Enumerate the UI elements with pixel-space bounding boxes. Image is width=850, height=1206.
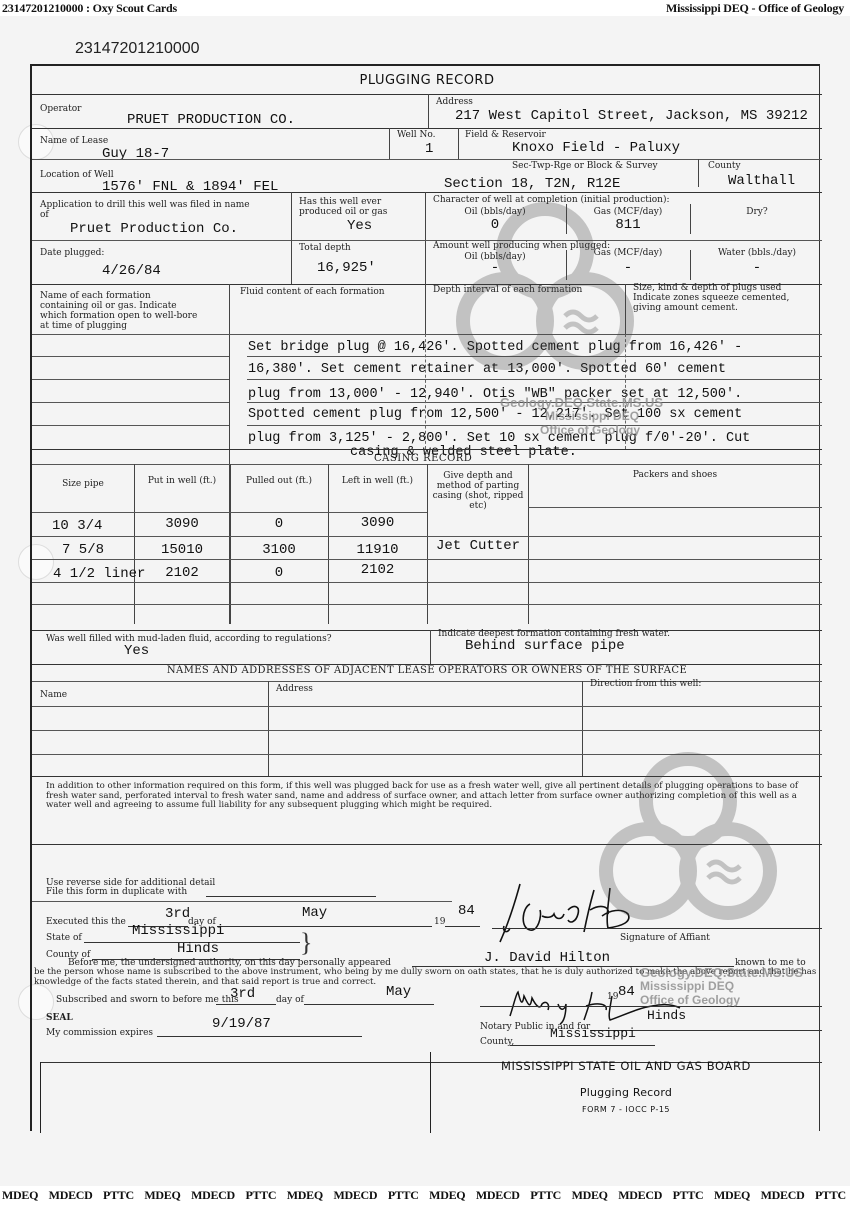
mud-laden-value: Yes xyxy=(124,643,149,659)
adjacent-direction-header: Direction from this well: xyxy=(590,679,701,689)
watermark-text: Mississippi DEQ xyxy=(640,979,734,993)
footer-item: MDECD xyxy=(333,1188,377,1203)
casing-header-parting: Give depth and method of parting casing … xyxy=(428,471,528,511)
casing-header-pulled: Pulled out (ft.) xyxy=(230,476,328,486)
commission-expires-value: 9/19/87 xyxy=(212,1016,271,1032)
operator-label: Operator xyxy=(40,104,81,114)
remark-line: plug from 13,000' - 12,940'. Otis "WB" p… xyxy=(248,387,742,402)
application-value: Pruet Production Co. xyxy=(70,221,238,237)
casing-cell: 3100 xyxy=(230,542,328,558)
footer-item: MDECD xyxy=(191,1188,235,1203)
subscribed-year-prefix: 19 xyxy=(607,992,618,1002)
initial-oil-value: 0 xyxy=(430,217,560,233)
casing-cell: 3090 xyxy=(328,515,427,531)
document-id-stamp: 23147201210000 xyxy=(75,40,200,58)
casing-cell: 15010 xyxy=(134,542,230,558)
address-label: Address xyxy=(436,97,473,107)
produced-label: Has this well ever produced oil or gas xyxy=(299,197,409,217)
subscribed-year: 84 xyxy=(618,984,635,1000)
page-footer: MDEQ MDECD PTTC MDEQ MDECD PTTC MDEQ MDE… xyxy=(0,1188,850,1203)
field-value: Knoxo Field - Paluxy xyxy=(512,140,680,156)
footer-item: PTTC xyxy=(388,1188,419,1203)
field-label: Field & Reservoir xyxy=(465,130,546,140)
water-well-instructions: In addition to other information require… xyxy=(46,782,816,811)
application-label: Application to drill this well was filed… xyxy=(40,200,250,220)
executed-month: May xyxy=(302,905,327,921)
plugs-used-header: Size, kind & depth of plugs used Indicat… xyxy=(633,283,818,313)
casing-cell: 2102 xyxy=(328,562,427,578)
casing-header-packers: Packers and shoes xyxy=(528,470,822,480)
plugged-gas-value: - xyxy=(568,260,688,276)
plugged-water-label: Water (bbls./day) xyxy=(692,248,822,258)
seal-label: SEAL xyxy=(46,1013,73,1023)
state-of-label: State of xyxy=(46,933,82,943)
subscribed-month: May xyxy=(386,984,411,1000)
subscribed-day: 3rd xyxy=(230,986,255,1002)
casing-header-size: Size pipe xyxy=(32,479,134,489)
form-title: PLUGGING RECORD xyxy=(32,73,822,88)
well-no-value: 1 xyxy=(425,141,433,157)
casing-cell: 11910 xyxy=(328,542,427,558)
footer-item: PTTC xyxy=(673,1188,704,1203)
executed-year-prefix: 19 xyxy=(434,917,445,927)
lease-name-label: Name of Lease xyxy=(40,136,108,146)
casing-cell: 10 3/4 xyxy=(52,518,102,534)
total-depth-label: Total depth xyxy=(299,243,351,253)
footer-item: MDEQ xyxy=(287,1188,323,1203)
footer-item: PTTC xyxy=(530,1188,561,1203)
initial-gas-label: Gas (MCF/day) xyxy=(568,207,688,217)
brace: } xyxy=(300,926,312,960)
commission-expires-label: My commission expires xyxy=(46,1028,153,1038)
initial-gas-value: 811 xyxy=(568,217,688,233)
casing-header-left: Left in well (ft.) xyxy=(328,476,427,486)
watermark-text: Office of Geology xyxy=(540,423,640,437)
fluid-content-header: Fluid content of each formation xyxy=(240,287,385,297)
date-plugged-label: Date plugged: xyxy=(40,248,104,258)
file-duplicate-note: File this form in duplicate with xyxy=(46,887,187,897)
casing-cell: 2102 xyxy=(134,565,230,581)
casing-cell: 7 5/8 xyxy=(62,542,104,558)
casing-record-title: CASING RECORD xyxy=(374,454,472,464)
watermark-text: Mississippi DEQ xyxy=(545,409,639,423)
dry-label: Dry? xyxy=(692,207,822,217)
affiant-name: J. David Hilton xyxy=(484,950,610,966)
casing-cell: Jet Cutter xyxy=(428,538,528,554)
board-form-number: FORM 7 - IOCC P-15 xyxy=(430,1105,822,1114)
date-plugged-value: 4/26/84 xyxy=(102,263,161,279)
character-label: Character of well at completion (initial… xyxy=(433,195,670,205)
casing-cell: 4 1/2 liner xyxy=(53,566,145,582)
footer-item: MDEQ xyxy=(714,1188,750,1203)
footer-item: MDECD xyxy=(618,1188,662,1203)
footer-item: MDECD xyxy=(761,1188,805,1203)
subscribed-label: Subscribed and sworn to before me this xyxy=(56,995,239,1005)
address-value: 217 West Capitol Street, Jackson, MS 392… xyxy=(455,108,808,124)
operator-value: PRUET PRODUCTION CO. xyxy=(127,112,295,128)
produced-value: Yes xyxy=(347,218,372,234)
adjacent-address-header: Address xyxy=(276,684,313,694)
footer-item: PTTC xyxy=(815,1188,846,1203)
page-header-right: Mississippi DEQ - Office of Geology xyxy=(666,1,844,16)
plugged-oil-value: - xyxy=(430,260,560,276)
plugged-gas-label: Gas (MCF/day) xyxy=(568,248,688,258)
executed-label: Executed this the xyxy=(46,917,126,927)
footer-item: MDECD xyxy=(476,1188,520,1203)
signature-of-affiant-label: Signature of Affiant xyxy=(620,933,710,943)
plugged-water-value: - xyxy=(692,260,822,276)
footer-item: MDEQ xyxy=(2,1188,38,1203)
board-subtitle: Plugging Record xyxy=(430,1086,822,1099)
board-title: MISSISSIPPI STATE OIL AND GAS BOARD xyxy=(430,1059,822,1073)
county-label: County xyxy=(708,161,741,171)
depth-interval-header: Depth interval of each formation xyxy=(433,285,582,295)
watermark-text: Geology.DEQ.State.MS.US xyxy=(500,395,663,410)
sec-twp-label: Sec-Twp-Rge or Block & Survey xyxy=(512,161,658,171)
footer-item: PTTC xyxy=(103,1188,134,1203)
watermark-text: Geology.DEQ.State.MS.US xyxy=(640,965,803,980)
footer-item: MDEQ xyxy=(144,1188,180,1203)
initial-oil-label: Oil (bbls/day) xyxy=(430,207,560,217)
remark-line: plug from 3,125' - 2,800'. Set 10 sx cem… xyxy=(248,431,750,446)
remark-line: Set bridge plug @ 16,426'. Spotted cemen… xyxy=(248,340,742,355)
footer-item: PTTC xyxy=(245,1188,276,1203)
casing-cell: 3090 xyxy=(134,516,230,532)
casing-header-put-in: Put in well (ft.) xyxy=(134,476,230,486)
footer-item: MDECD xyxy=(49,1188,93,1203)
footer-item: MDEQ xyxy=(429,1188,465,1203)
formation-name-header: Name of each formation containing oil or… xyxy=(40,291,200,331)
watermark-text: Office of Geology xyxy=(640,993,740,1007)
remark-line: 16,380'. Set cement retainer at 13,000'.… xyxy=(248,362,726,377)
notary-state-value: Mississippi xyxy=(550,1026,636,1041)
executed-year: 84 xyxy=(458,903,475,919)
mud-laden-label: Was well filled with mud-laden fluid, ac… xyxy=(46,634,332,644)
well-no-label: Well No. xyxy=(397,130,435,140)
executed-day: 3rd xyxy=(165,906,190,922)
subscribed-day-of-label: day of xyxy=(276,995,304,1005)
county-value: Walthall xyxy=(728,173,795,189)
footer-item: MDEQ xyxy=(572,1188,608,1203)
sec-twp-value: Section 18, T2N, R12E xyxy=(444,176,620,192)
adjacent-owners-title: NAMES AND ADDRESSES OF ADJACENT LEASE OP… xyxy=(32,666,822,676)
casing-cell: 0 xyxy=(230,565,328,581)
state-of-value: Mississippi xyxy=(132,923,224,939)
adjacent-name-header: Name xyxy=(40,690,67,700)
page-header-left: 23147201210000 : Oxy Scout Cards xyxy=(2,1,177,16)
scanned-document: 23147201210000 PLUGGING RECORD Operator … xyxy=(0,16,850,1186)
notary-county-value: Hinds xyxy=(647,1008,686,1023)
casing-cell: 0 xyxy=(230,516,328,532)
county-of-value: Hinds xyxy=(177,941,219,957)
total-depth-value: 16,925' xyxy=(317,260,376,276)
remark-line: Spotted cement plug from 12,500' - 12,21… xyxy=(248,407,742,422)
fresh-water-value: Behind surface pipe xyxy=(465,638,625,654)
